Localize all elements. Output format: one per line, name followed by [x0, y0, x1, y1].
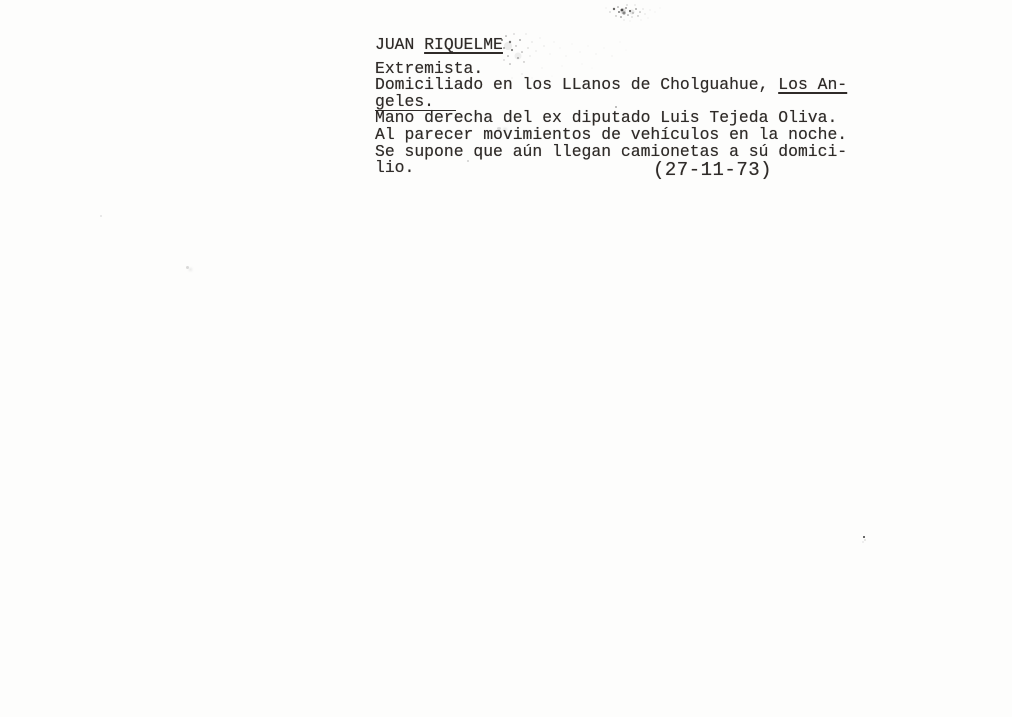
- subject-first-name: JUAN: [375, 35, 424, 54]
- date-stamp: (27-11-73): [653, 162, 772, 179]
- typewritten-text-block: JUAN RIQUELME Extremista. Domiciliado en…: [375, 37, 847, 177]
- ink-speck-far-left: [100, 215, 102, 217]
- address-line: Domiciliado en los LLanos de Cholguahue,…: [375, 77, 847, 94]
- scanned-document-page: JUAN RIQUELME Extremista. Domiciliado en…: [0, 0, 1012, 717]
- address-city-underlined: Los An-: [778, 75, 847, 94]
- address-text: Domiciliado en los LLanos de Cholguahue,: [375, 75, 778, 94]
- ink-speck-bottom-right: [863, 536, 865, 538]
- observation-line-2: Se supone que aún llegan camionetas a sú…: [375, 144, 847, 161]
- closing-line: lio.(27-11-73): [375, 160, 847, 177]
- subject-name-line: JUAN RIQUELME: [375, 37, 847, 54]
- closing-text: lio.: [375, 158, 414, 177]
- ink-speck-mid-left: [186, 266, 189, 269]
- subject-last-name-underlined: RIQUELME: [424, 35, 503, 54]
